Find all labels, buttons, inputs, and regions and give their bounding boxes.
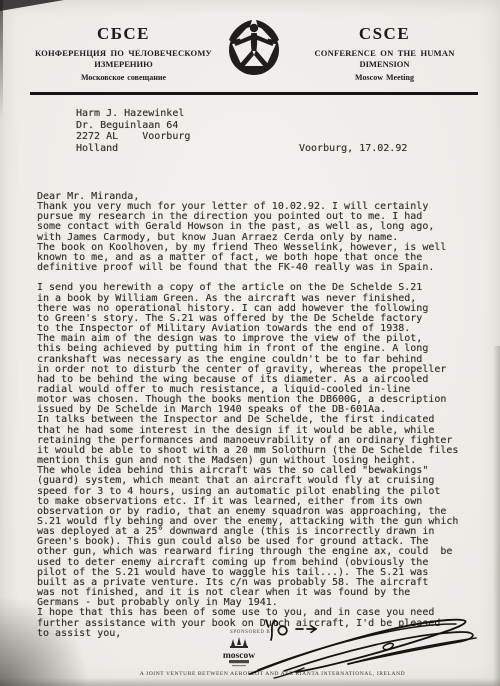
letterhead-english-title: CSCE bbox=[289, 24, 480, 44]
recipient-address: Harm J. Hazewinkel Dr. Beguinlaan 64 227… bbox=[76, 108, 190, 154]
letterhead-russian-block: СБСЕ КОНФЕРЕНЦИЯ ПО ЧЕЛОВЕЧЕСКОМУ ИЗМЕРЕ… bbox=[28, 16, 219, 82]
letter-body: Dear Mr. Miranda, Thank you very much fo… bbox=[37, 192, 486, 639]
letterhead-english-line2: DIMENSION bbox=[289, 59, 480, 69]
letterhead-english-line1: CONFERENCE ON THE HUMAN bbox=[289, 48, 480, 58]
letterhead-russian-subtitle: Московское совещание bbox=[28, 73, 219, 82]
date-line: Voorburg, 17.02.92 bbox=[299, 143, 407, 154]
letterhead-english-block: CSCE CONFERENCE ON THE HUMAN DIMENSION M… bbox=[289, 16, 480, 82]
letterhead-russian-title: СБСЕ bbox=[28, 24, 219, 44]
letterhead-russian-line1: КОНФЕРЕНЦИЯ ПО ЧЕЛОВЕЧЕСКОМУ bbox=[28, 48, 219, 58]
letterhead-english-subtitle: Moscow Meeting bbox=[289, 73, 480, 82]
scan-edge-top-left bbox=[0, 0, 70, 12]
scanned-letter-page: СБСЕ КОНФЕРЕНЦИЯ ПО ЧЕЛОВЕЧЕСКОМУ ИЗМЕРЕ… bbox=[0, 0, 500, 686]
csce-emblem-icon bbox=[219, 16, 289, 78]
letterhead-divider-rule bbox=[30, 92, 478, 95]
scan-edge-left bbox=[0, 0, 3, 120]
letterhead: СБСЕ КОНФЕРЕНЦИЯ ПО ЧЕЛОВЕЧЕСКОМУ ИЗМЕРЕ… bbox=[28, 16, 480, 82]
handwritten-signature bbox=[244, 608, 484, 684]
scan-edge-right bbox=[493, 346, 500, 686]
letterhead-russian-line2: ИЗМЕРЕНИЮ bbox=[28, 59, 219, 69]
